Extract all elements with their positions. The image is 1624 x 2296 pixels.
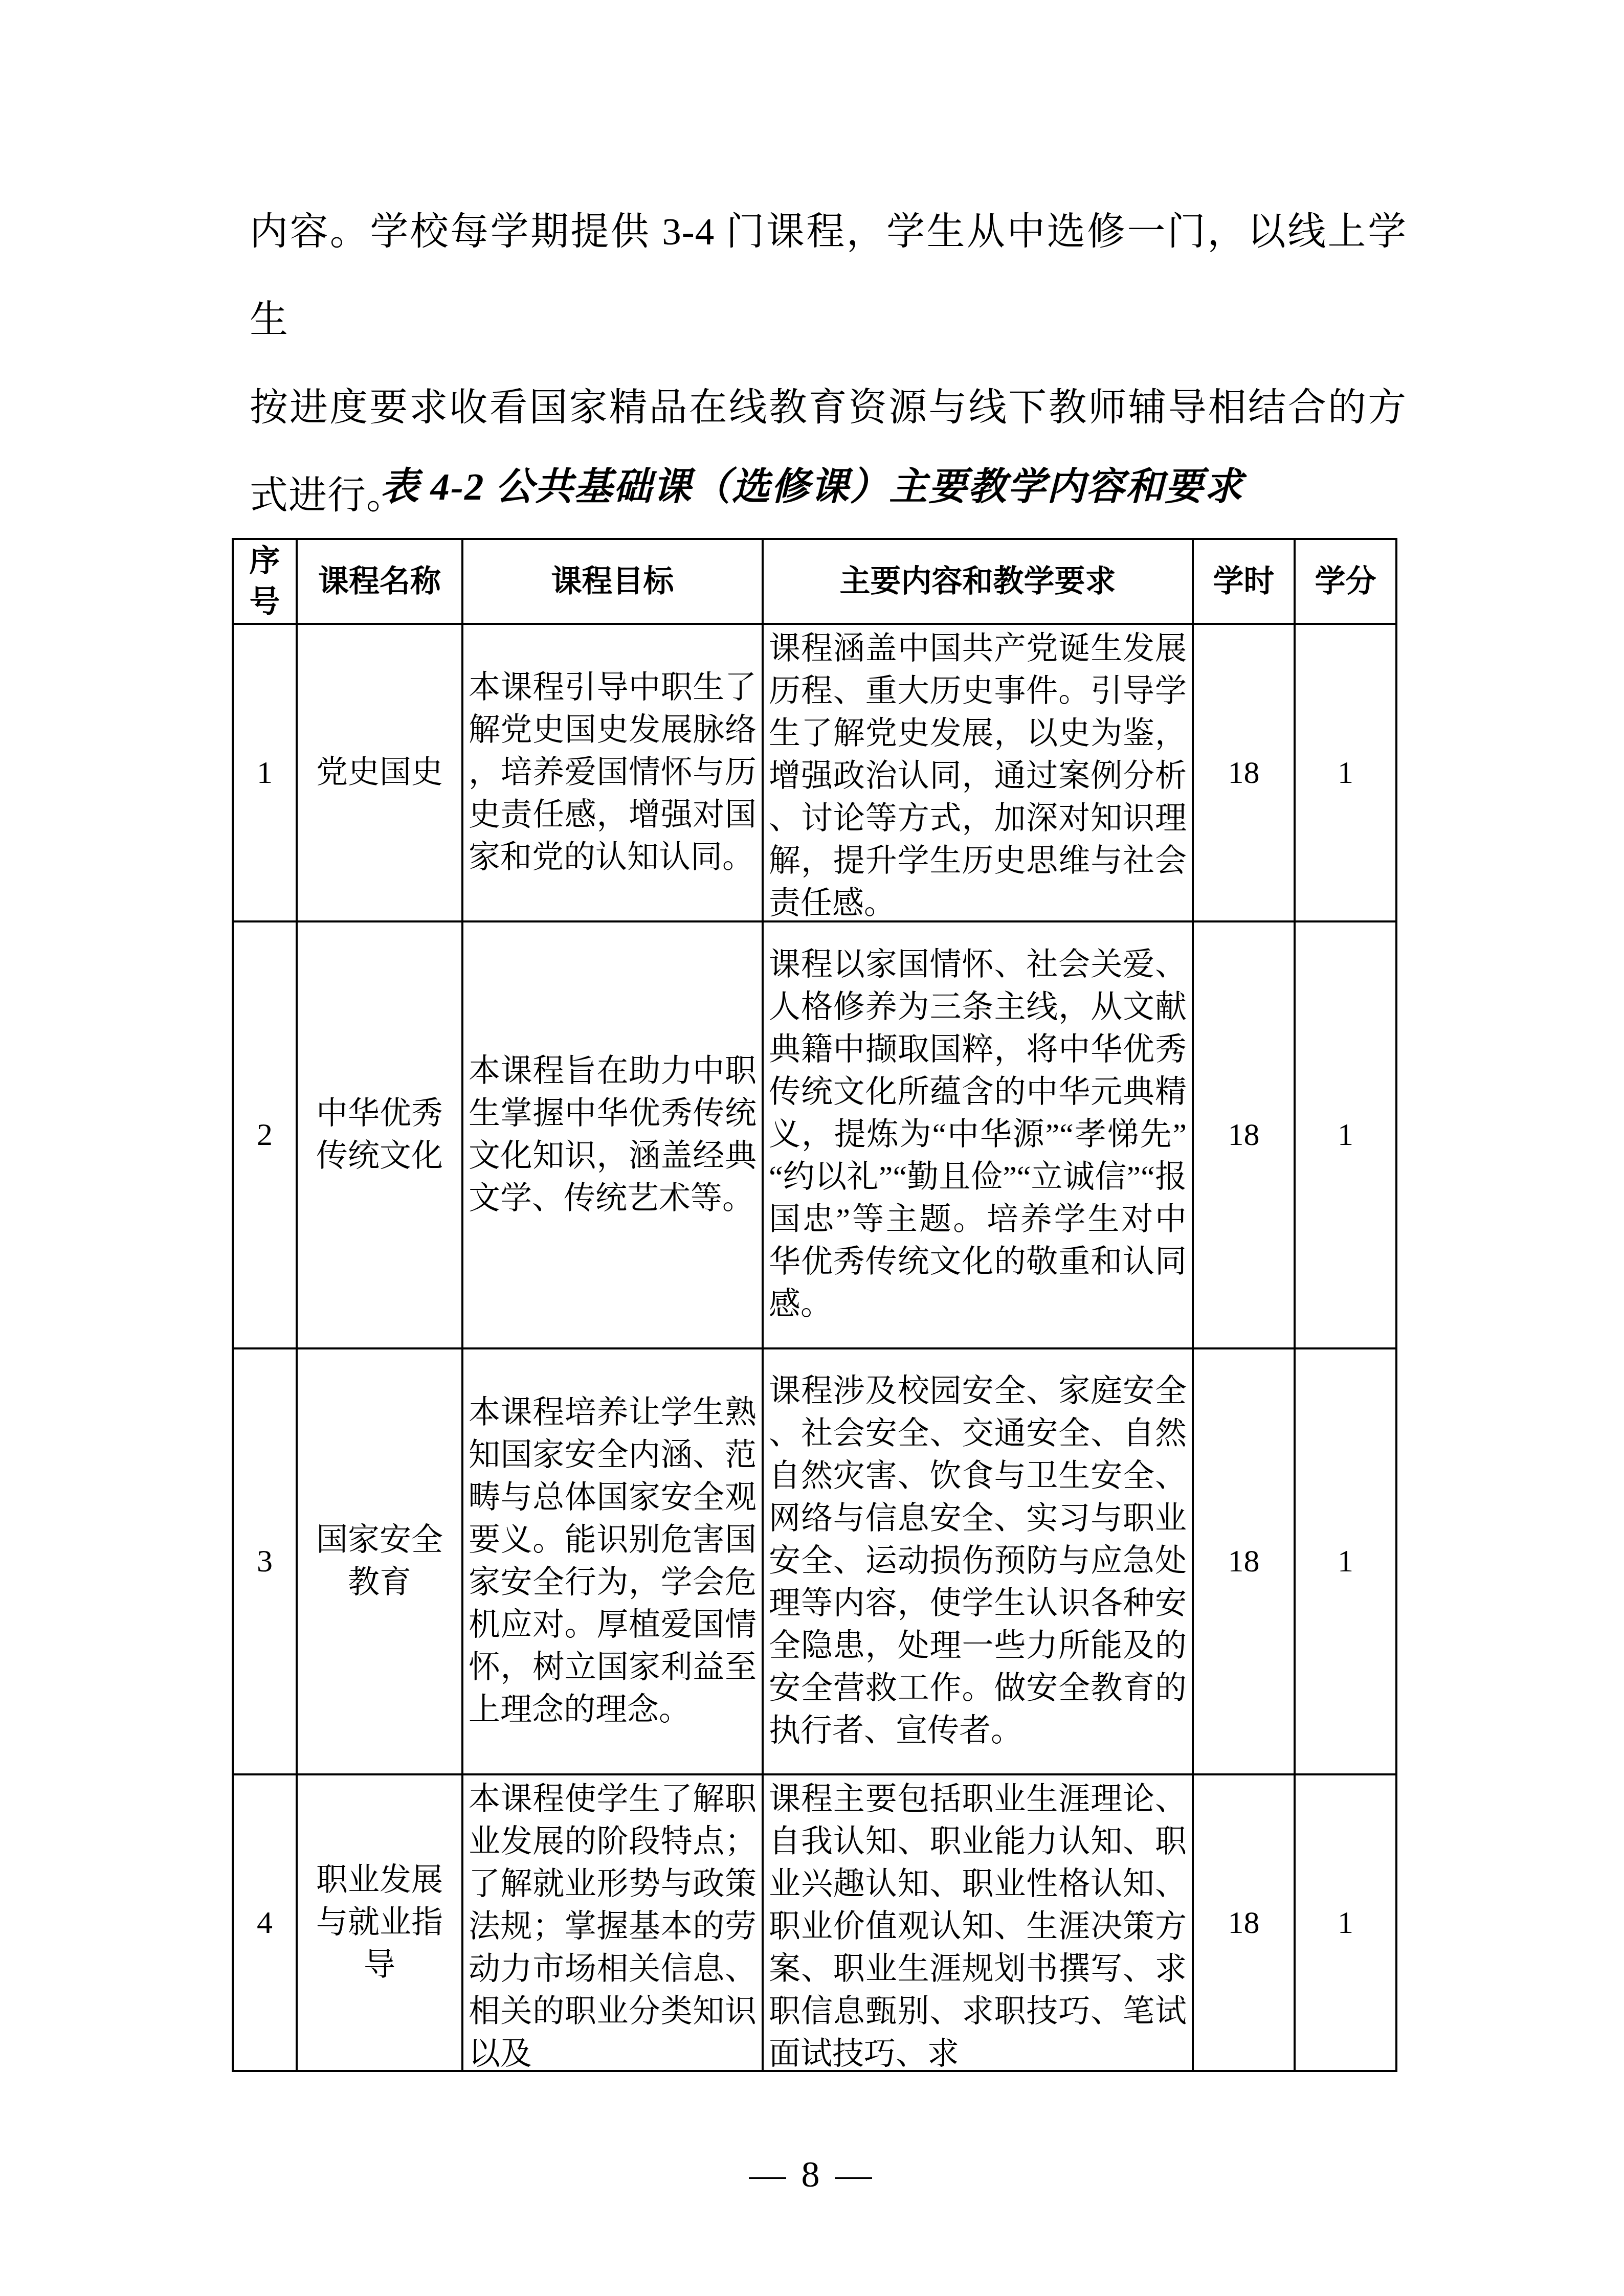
content-text: 课程涵盖中国共产党诞生发展历程、重大历史事件。引导学生了解党史发展，以史为鉴，增… [769,628,1187,917]
document-page: 内容。学校每学期提供 3-4 门课程，学生从中选修一门，以线上学生 按进度要求收… [0,0,1624,2296]
cell-course-name: 职业发展与就业指导 [297,1774,462,2071]
table-row: 2 中华优秀传统文化 本课程旨在助力中职生掌握中华优秀传统文化知识，涵盖经典文学… [233,921,1396,1348]
cell-hours: 18 [1193,1774,1295,2071]
col-header-course-name: 课程名称 [297,539,462,624]
table-row: 4 职业发展与就业指导 本课程使学生了解职业发展的阶段特点；了解就业形势与政策法… [233,1774,1396,2071]
table-row: 1 党史国史 本课程引导中职生了解党史国史发展脉络，培养爱国情怀与历史责任感，增… [233,624,1396,921]
cell-no: 3 [233,1348,297,1774]
col-header-hours: 学时 [1193,539,1295,624]
table-row: 3 国家安全教育 本课程培养让学生熟知国家安全内涵、范畴与总体国家安全观要义。能… [233,1348,1396,1774]
intro-line: 按进度要求收看国家精品在线教育资源与线下教师辅导相结合的方 [250,364,1407,452]
objective-text: 本课程旨在助力中职生掌握中华优秀传统文化知识，涵盖经典文学、传统艺术等。 [469,1050,757,1220]
col-header-content-requirements: 主要内容和教学要求 [763,539,1193,624]
col-header-credits: 学分 [1295,539,1396,624]
cell-objective: 本课程培养让学生熟知国家安全内涵、范畴与总体国家安全观要义。能识别危害国家安全行… [462,1348,763,1774]
cell-objective: 本课程使学生了解职业发展的阶段特点；了解就业形势与政策法规；掌握基本的劳动力市场… [462,1774,763,2071]
col-header-no: 序号 [233,539,297,624]
cell-no: 4 [233,1774,297,2071]
cell-no: 2 [233,921,297,1348]
cell-content: 课程涵盖中国共产党诞生发展历程、重大历史事件。引导学生了解党史发展，以史为鉴，增… [763,624,1193,921]
cell-hours: 18 [1193,624,1295,921]
cell-credits: 1 [1295,624,1396,921]
cell-content: 课程涉及校园安全、家庭安全、社会安全、交通安全、自然自然灾害、饮食与卫生安全、网… [763,1348,1193,1774]
content-text: 课程涉及校园安全、家庭安全、社会安全、交通安全、自然自然灾害、饮食与卫生安全、网… [769,1370,1187,1752]
cell-content: 课程主要包括职业生涯理论、自我认知、职业能力认知、职业兴趣认知、职业性格认知、职… [763,1774,1193,2071]
cell-course-name: 党史国史 [297,624,462,921]
cell-no: 1 [233,624,297,921]
course-table: 序号 课程名称 课程目标 主要内容和教学要求 学时 学分 1 党史国史 本课程引… [232,538,1397,2072]
cell-course-name: 中华优秀传统文化 [297,921,462,1348]
cell-content: 课程以家国情怀、社会关爱、人格修养为三条主线，从文献典籍中撷取国粹，将中华优秀传… [763,921,1193,1348]
cell-objective: 本课程引导中职生了解党史国史发展脉络，培养爱国情怀与历史责任感，增强对国家和党的… [462,624,763,921]
content-text: 课程以家国情怀、社会关爱、人格修养为三条主线，从文献典籍中撷取国粹，将中华优秀传… [769,944,1187,1326]
cell-credits: 1 [1295,1774,1396,2071]
content-text: 课程主要包括职业生涯理论、自我认知、职业能力认知、职业兴趣认知、职业性格认知、职… [769,1779,1187,2067]
page-number: — 8 — [0,2153,1624,2196]
header-row: 序号 课程名称 课程目标 主要内容和教学要求 学时 学分 [233,539,1396,624]
table-title: 表 4-2 公共基础课（选修课）主要教学内容和要求 [0,463,1624,511]
cell-course-name: 国家安全教育 [297,1348,462,1774]
cell-hours: 18 [1193,1348,1295,1774]
col-header-objective: 课程目标 [462,539,763,624]
objective-text: 本课程引导中职生了解党史国史发展脉络，培养爱国情怀与历史责任感，增强对国家和党的… [469,667,757,879]
cell-credits: 1 [1295,921,1396,1348]
intro-line: 内容。学校每学期提供 3-4 门课程，学生从中选修一门，以线上学生 [250,188,1407,364]
objective-text: 本课程培养让学生熟知国家安全内涵、范畴与总体国家安全观要义。能识别危害国家安全行… [469,1392,757,1731]
objective-text: 本课程使学生了解职业发展的阶段特点；了解就业形势与政策法规；掌握基本的劳动力市场… [469,1779,757,2067]
cell-credits: 1 [1295,1348,1396,1774]
cell-hours: 18 [1193,921,1295,1348]
cell-objective: 本课程旨在助力中职生掌握中华优秀传统文化知识，涵盖经典文学、传统艺术等。 [462,921,763,1348]
